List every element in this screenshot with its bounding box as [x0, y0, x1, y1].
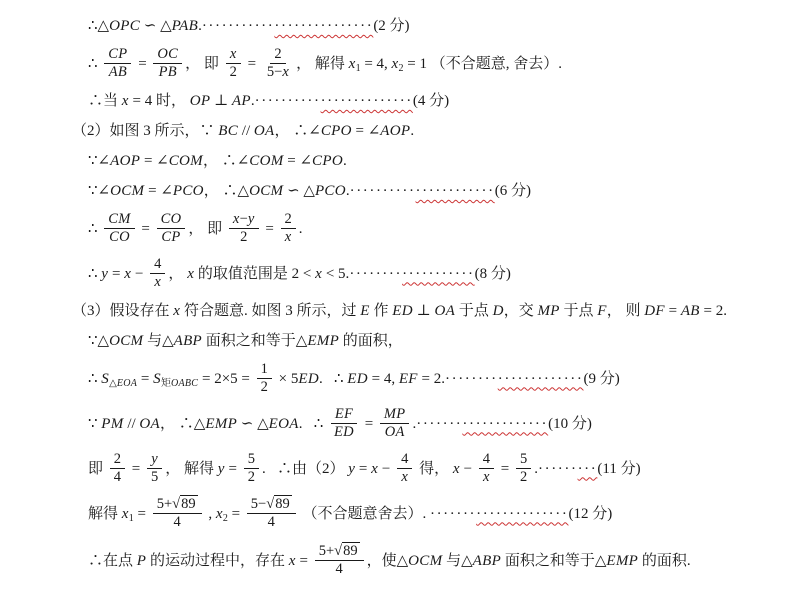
fraction-numerator: CP — [104, 47, 131, 64]
math-variable: COM — [169, 153, 203, 169]
math-variable: MP — [384, 406, 406, 422]
math-variable: x — [122, 93, 129, 109]
math-text: 得， x − — [415, 459, 475, 479]
fraction: 24 — [110, 452, 125, 485]
math-variable: x — [230, 46, 237, 62]
subscripted-symbol: x2 — [392, 54, 404, 74]
math-variable: CPO — [312, 153, 343, 169]
fraction-denominator: x — [397, 469, 412, 485]
solution-line-proportion-cm-co: ∴ CMCO = COCP， 即 x−y2 = 2x. — [88, 211, 774, 246]
math-variable: OA — [254, 123, 275, 139]
score-marker: (10 分) — [548, 414, 592, 434]
fraction: MPOA — [380, 407, 410, 440]
fraction: 4x — [397, 452, 412, 485]
math-variable: x — [154, 274, 161, 290]
math-variable: COM — [249, 153, 283, 169]
math-variable: x — [285, 229, 292, 245]
math-text: （3）假设存在 x 符合题意. 如图 3 所示，过 E 作 ED ⊥ OA 于点… — [72, 301, 727, 321]
math-variable: y — [348, 461, 355, 477]
document-page[interactable]: ∴△OPC ∽ △PAB.··························(… — [0, 0, 788, 578]
score-marker: (9 分) — [584, 369, 620, 389]
fraction-denominator: 5−x — [263, 64, 293, 80]
fraction-denominator: 4 — [332, 561, 347, 577]
math-variable: ABP — [174, 333, 202, 349]
math-variable: MP — [537, 303, 559, 319]
math-text: ， 解得 y = — [165, 459, 240, 479]
squiggle-underlined-dots: ··········· — [402, 267, 475, 281]
fraction-numerator: 5 — [516, 452, 531, 469]
subscript-base: x — [216, 506, 223, 522]
math-variable: P — [137, 553, 146, 569]
math-text: ∴ y = x − — [88, 264, 147, 284]
math-variable: OA — [385, 424, 405, 440]
fraction: 12 — [257, 362, 272, 395]
math-text: = — [134, 54, 150, 74]
math-text: , — [205, 504, 216, 524]
squiggle-underlined-dots: ·············· — [321, 94, 413, 108]
sqrt-radical: √89 — [172, 495, 197, 512]
math-variable: OCM — [110, 183, 144, 199]
math-variable: CO — [161, 211, 182, 227]
dots-leader: ·········· — [350, 184, 416, 198]
score-marker: (8 分) — [475, 264, 511, 284]
subscripted-symbol: x2 — [216, 504, 228, 524]
math-variable: OA — [139, 416, 160, 432]
fraction-denominator: 5 — [147, 469, 162, 485]
fraction-numerator: x — [226, 47, 241, 64]
solution-line-function-y-range: ∴ y = x − 4x， x 的取值范围是 2 < x < 5.·······… — [88, 256, 774, 291]
math-variable: CO — [109, 229, 130, 245]
math-variable: PCO — [173, 183, 204, 199]
math-text: = — [137, 369, 153, 389]
solution-line-solve-x-roots: 解得 x1 = 5+√894 , x2 = 5−√894 （不合题意舍去）. ·… — [88, 496, 774, 531]
solution-line-solve-y-equation: 即 24 = y5， 解得 y = 52. ∴由（2） y = x − 4x 得… — [88, 451, 774, 486]
squiggle-underlined-dots: ·············· — [476, 507, 568, 521]
subscript-base: x — [349, 56, 356, 72]
fraction-numerator: 2 — [281, 212, 296, 229]
subscripted-symbol: x1 — [122, 504, 134, 524]
math-text: ∴ — [88, 54, 101, 74]
math-text: （2）如图 3 所示，∵ BC // OA， ∴∠CPO = ∠AOP. — [72, 121, 414, 141]
math-variable: OPC — [109, 18, 140, 34]
fraction-denominator: OA — [381, 424, 409, 440]
math-variable: y — [248, 211, 255, 227]
math-variable: OCM — [109, 333, 143, 349]
solution-line-part2-parallel-angles: （2）如图 3 所示，∵ BC // OA， ∴∠CPO = ∠AOP. — [72, 121, 774, 141]
fraction: x−y2 — [229, 212, 259, 245]
solution-line-angle-aop-com: ∵∠AOP = ∠COM， ∴∠COM = ∠CPO. — [88, 151, 774, 171]
fraction-numerator: OC — [153, 47, 182, 64]
fraction-denominator: CP — [157, 229, 184, 245]
solution-line-part3-assume-exists: （3）假设存在 x 符合题意. 如图 3 所示，过 E 作 ED ⊥ OA 于点… — [72, 301, 774, 321]
math-variable: x — [371, 461, 378, 477]
fraction-denominator: 2 — [244, 469, 259, 485]
math-variable: S — [153, 371, 161, 387]
math-variable: OCM — [249, 183, 283, 199]
math-variable: PAB — [172, 18, 198, 34]
math-text: ，使△OCM 与△ABP 面积之和等于△EMP 的面积. — [367, 551, 691, 571]
fraction-numerator: 4 — [479, 452, 494, 469]
fraction: 25−x — [263, 47, 293, 80]
math-variable: EOA — [269, 416, 299, 432]
fraction-numerator: 4 — [150, 257, 165, 274]
subscript-base: S — [153, 371, 161, 387]
fraction-numerator: y — [147, 452, 162, 469]
math-variable: ABP — [473, 553, 501, 569]
fraction-denominator: 2 — [257, 379, 272, 395]
math-text: ， x 的取值范围是 2 < x < 5. — [168, 264, 349, 284]
fraction: CMCO — [104, 212, 134, 245]
squiggle-underlined-dots: ············ — [416, 184, 495, 198]
math-variable: AP — [232, 93, 251, 109]
math-variable: BC — [218, 123, 238, 139]
solution-line-similar-emp-eoa: ∵ PM // OA， ∴△EMP ∽ △EOA. ∴ EFED = MPOA.… — [88, 406, 774, 441]
fraction-denominator: PB — [155, 64, 181, 80]
math-variable: OABC — [171, 378, 198, 389]
solution-line-similar-opc-pab: ∴△OPC ∽ △PAB.··························(… — [88, 16, 774, 36]
math-text: ∴△OPC ∽ △PAB. — [88, 16, 202, 36]
fraction: COCP — [157, 212, 186, 245]
math-variable: x — [187, 266, 194, 282]
subscripted-symbol: x1 — [349, 54, 361, 74]
score-marker: (11 分) — [597, 459, 640, 479]
math-text: . — [299, 219, 303, 239]
math-variable: OC — [157, 46, 178, 62]
subscript-base: x — [392, 56, 399, 72]
fraction-numerator: 5+√89 — [315, 544, 364, 561]
fraction-numerator: 5+√89 — [153, 497, 202, 514]
math-text: ∴ — [88, 369, 101, 389]
squiggle-underlined-dots: ··· — [578, 462, 598, 476]
fraction-denominator: x — [281, 229, 296, 245]
sqrt-radical: √89 — [334, 542, 359, 559]
fraction-numerator: 5−√89 — [247, 497, 296, 514]
fraction-denominator: 4 — [170, 514, 185, 530]
math-text: ∴ — [88, 219, 101, 239]
math-text: = — [497, 459, 513, 479]
fraction-denominator: 2 — [226, 64, 241, 80]
math-variable: x — [282, 64, 289, 80]
sqrt-radical: √89 — [266, 495, 291, 512]
subscript-text: 矩OABC — [161, 378, 198, 389]
squiggle-underlined-dots: ··············· — [274, 19, 373, 33]
score-marker: (2 分) — [373, 16, 409, 36]
math-variable: OCM — [408, 553, 442, 569]
math-text: = 1 （不合题意, 舍去）. — [404, 54, 562, 74]
math-variable: y — [101, 266, 108, 282]
sqrt-radicand: 89 — [180, 495, 198, 512]
sqrt-radicand: 89 — [342, 542, 360, 559]
math-text: = — [262, 219, 278, 239]
math-variable: EF — [335, 406, 353, 422]
fraction-numerator: 5 — [244, 452, 259, 469]
math-variable: EMP — [205, 416, 237, 432]
fraction-denominator: 2 — [236, 229, 251, 245]
solution-line-proportion-cp-ab: ∴ CPAB = OCPB， 即 x2 = 25−x， 解得 x1 = 4, x… — [88, 46, 774, 81]
math-variable: x — [233, 211, 240, 227]
math-text: ∵ PM // OA， ∴△EMP ∽ △EOA. ∴ — [88, 414, 327, 434]
math-text: ∵∠AOP = ∠COM， ∴∠COM = ∠CPO. — [88, 151, 347, 171]
fraction: CPAB — [104, 47, 131, 80]
fraction-denominator: 4 — [264, 514, 279, 530]
fraction-numerator: CM — [104, 212, 134, 229]
fraction: 52 — [244, 452, 259, 485]
fraction: 4x — [479, 452, 494, 485]
fraction-numerator: 4 — [397, 452, 412, 469]
math-variable: x — [122, 506, 129, 522]
math-variable: x — [315, 266, 322, 282]
math-text: 即 — [88, 459, 107, 479]
solution-line-area-equation: ∴ S△EOA = S矩OABC = 2×5 = 12 × 5ED. ∴ ED … — [88, 361, 774, 396]
subscript-base: x — [122, 506, 129, 522]
fraction-denominator: 4 — [110, 469, 125, 485]
math-variable: PB — [159, 64, 177, 80]
dots-leader: ······· — [416, 417, 462, 431]
squiggle-underlined-dots: ············· — [462, 417, 548, 431]
math-variable: AB — [109, 64, 127, 80]
math-text: = — [134, 504, 150, 524]
fraction: OCPB — [153, 47, 182, 80]
math-text: = — [361, 414, 377, 434]
math-text: = — [138, 219, 154, 239]
fraction: y5 — [147, 452, 162, 485]
math-variable: EMP — [606, 553, 638, 569]
fraction: 5+√894 — [315, 544, 364, 577]
math-variable: OP — [190, 93, 211, 109]
fraction-numerator: 2 — [110, 452, 125, 469]
subscripted-symbol: S矩OABC — [153, 369, 198, 389]
math-variable: CP — [161, 229, 180, 245]
dots-leader: ··········· — [202, 19, 275, 33]
math-text: = — [244, 54, 260, 74]
math-variable: EOA — [117, 378, 137, 389]
math-variable: ED — [392, 303, 413, 319]
math-variable: F — [597, 303, 606, 319]
fraction-denominator: CO — [105, 229, 134, 245]
fraction-denominator: 2 — [516, 469, 531, 485]
math-variable: x — [216, 506, 223, 522]
math-text: ， 解得 — [296, 54, 349, 74]
math-text: ∵△OCM 与△ABP 面积之和等于△EMP 的面积， — [88, 331, 403, 351]
math-variable: x — [173, 303, 180, 319]
solution-line-similar-ocm-pco: ∵∠OCM = ∠PCO， ∴△OCM ∽ △PCO.·············… — [88, 181, 774, 201]
math-variable: AOP — [380, 123, 410, 139]
subscript-text: △EOA — [109, 378, 137, 389]
math-variable: EF — [399, 371, 418, 387]
solution-line-final-conclusion: ∴在点 P 的运动过程中，存在 x = 5+√894，使△OCM 与△ABP 面… — [88, 543, 774, 578]
math-variable: S — [101, 371, 109, 387]
math-variable: x — [453, 461, 460, 477]
math-text: ∴当 x = 4 时， OP ⊥ AP. — [88, 91, 255, 111]
fraction: 5−√894 — [247, 497, 296, 530]
math-variable: CP — [108, 46, 127, 62]
fraction: EFED — [330, 407, 358, 440]
sqrt-radicand: 89 — [274, 495, 292, 512]
math-variable: CPO — [321, 123, 352, 139]
math-text: 解得 — [88, 504, 122, 524]
math-variable: E — [360, 303, 369, 319]
math-variable: x — [124, 266, 131, 282]
math-text: ， 即 — [188, 219, 226, 239]
subscript-base: S — [101, 371, 109, 387]
math-text: ∴在点 P 的运动过程中，存在 x = — [88, 551, 312, 571]
fraction: 5+√894 — [153, 497, 202, 530]
score-marker: (6 分) — [495, 181, 531, 201]
math-variable: AB — [681, 303, 700, 319]
math-text: × 5ED. ∴ ED = 4, EF = 2. — [275, 369, 445, 389]
fraction: 2x — [281, 212, 296, 245]
fraction: 4x — [150, 257, 165, 290]
fraction: x2 — [226, 47, 241, 80]
math-text: = 2×5 = — [198, 369, 253, 389]
fraction-numerator: x−y — [229, 212, 259, 229]
math-variable: x — [392, 56, 399, 72]
solution-line-when-x-4-perpendicular: ∴当 x = 4 时， OP ⊥ AP.····················… — [88, 91, 774, 111]
fraction-denominator: ED — [330, 424, 358, 440]
math-text: （不合题意舍去）. — [299, 504, 430, 524]
math-variable: y — [218, 461, 225, 477]
fraction-denominator: x — [479, 469, 494, 485]
math-variable: PM — [101, 416, 123, 432]
score-marker: (4 分) — [413, 91, 449, 111]
dots-leader: ········ — [445, 372, 498, 386]
fraction-numerator: MP — [380, 407, 410, 424]
math-text: = — [128, 459, 144, 479]
score-marker: (12 分) — [568, 504, 612, 524]
dots-leader: ······· — [430, 507, 476, 521]
squiggle-underlined-dots: ············· — [498, 372, 584, 386]
math-variable: EMP — [307, 333, 339, 349]
math-text: = 4, — [361, 54, 392, 74]
math-text: ， 即 — [185, 54, 223, 74]
math-variable: y — [151, 451, 158, 467]
math-variable: x — [349, 56, 356, 72]
math-variable: OA — [434, 303, 455, 319]
math-text: = — [228, 504, 244, 524]
math-variable: AOP — [110, 153, 140, 169]
math-variable: PCO — [315, 183, 346, 199]
dots-leader: ········ — [349, 267, 402, 281]
fraction: 52 — [516, 452, 531, 485]
math-variable: CM — [108, 211, 130, 227]
math-text: ∵∠OCM = ∠PCO， ∴△OCM ∽ △PCO. — [88, 181, 350, 201]
math-variable: ED — [347, 371, 368, 387]
math-variable: DF — [644, 303, 665, 319]
fraction-denominator: x — [150, 274, 165, 290]
fraction-numerator: 1 — [257, 362, 272, 379]
solution-line-area-sum-condition: ∵△OCM 与△ABP 面积之和等于△EMP 的面积， — [88, 331, 774, 351]
dots-leader: ······ — [538, 462, 578, 476]
fraction-denominator: AB — [105, 64, 131, 80]
math-variable: x — [483, 469, 490, 485]
math-variable: x — [401, 469, 408, 485]
math-variable: ED — [298, 371, 319, 387]
subscripted-symbol: S△EOA — [101, 369, 137, 389]
fraction-numerator: EF — [331, 407, 357, 424]
math-variable: D — [493, 303, 504, 319]
math-variable: ED — [334, 424, 354, 440]
fraction-numerator: CO — [157, 212, 186, 229]
math-text: . ∴由（2） y = x − — [262, 459, 394, 479]
dots-leader: ·········· — [255, 94, 321, 108]
fraction-numerator: 2 — [270, 47, 285, 64]
math-variable: x — [289, 553, 296, 569]
